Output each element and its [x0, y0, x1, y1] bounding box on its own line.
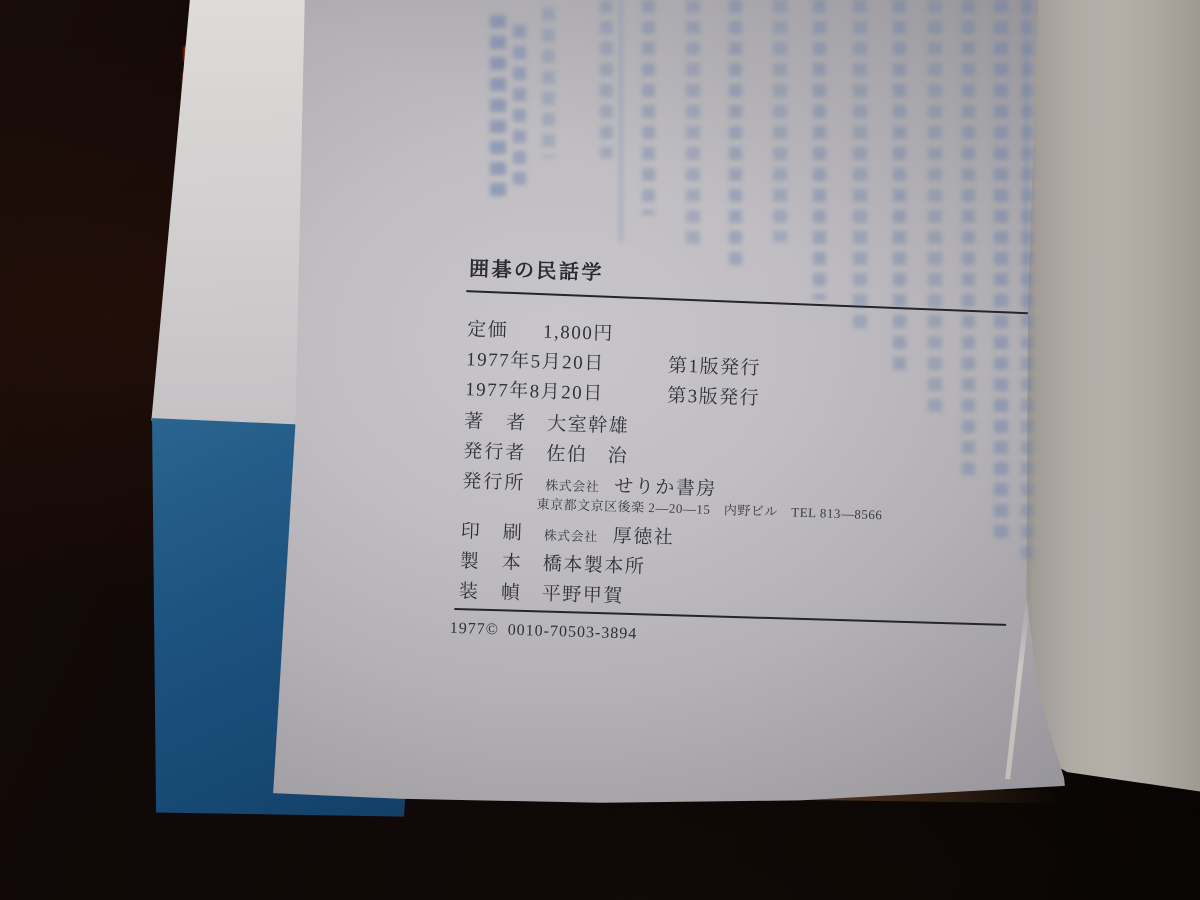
publisher-person-label: 発行者	[463, 436, 538, 465]
edition-2-label: 第3版発行	[667, 381, 761, 411]
designer-name: 平野甲賀	[541, 579, 624, 609]
edition-row-2: 1977年8月20日 第3版発行	[465, 374, 604, 405]
designer-row: 装 幀 平野甲賀	[459, 576, 534, 605]
publisher-row: 発行所 株式会社 せりか書房	[462, 466, 537, 495]
publisher-person-name: 佐伯 治	[546, 439, 629, 469]
copyright-year: 1977©	[449, 620, 499, 639]
copyright-row: 1977© 0010-70503-3894	[449, 620, 499, 640]
binder-name: 橋本製本所	[542, 549, 645, 579]
author-label: 著 者	[464, 406, 539, 435]
author-row: 著 者 大室幹雄	[464, 406, 539, 435]
publisher-label: 発行所	[462, 466, 537, 495]
copyright-code: 0010-70503-3894	[507, 622, 637, 644]
printer-prefix: 株式会社	[543, 525, 598, 546]
publisher-person-row: 発行者 佐伯 治	[463, 436, 538, 465]
photo-of-open-book: 囲碁の民話学 定価 1,800円 1977年5月20日 第1版発行 1977年8…	[0, 0, 1200, 900]
printer-name: 厚徳社	[612, 521, 674, 550]
colophon-text-block: 囲碁の民話学 定価 1,800円 1977年5月20日 第1版発行 1977年8…	[449, 238, 1047, 676]
publisher-address: 東京都文京区後楽 2—20—15 内野ビル TEL 813—8566	[536, 493, 882, 523]
designer-label: 装 幀	[459, 576, 534, 605]
price-label: 定価	[467, 319, 509, 341]
price-value: 1,800円	[543, 317, 615, 346]
publisher-prefix: 株式会社	[545, 475, 600, 496]
price-row: 定価 1,800円	[467, 314, 509, 342]
printer-row: 印 刷 株式会社 厚徳社	[460, 516, 535, 545]
edition-2-date: 1977年8月20日	[465, 379, 604, 404]
binder-row: 製 本 橋本製本所	[459, 546, 534, 575]
edition-1-date: 1977年5月20日	[466, 349, 605, 374]
edition-1-label: 第1版発行	[668, 351, 762, 381]
printer-label: 印 刷	[460, 516, 535, 545]
author-name: 大室幹雄	[547, 409, 630, 439]
divider-rule-top	[466, 290, 1028, 314]
book-title: 囲碁の民話学	[469, 252, 605, 285]
edition-row-1: 1977年5月20日 第1版発行	[466, 344, 605, 375]
binder-label: 製 本	[459, 546, 534, 575]
